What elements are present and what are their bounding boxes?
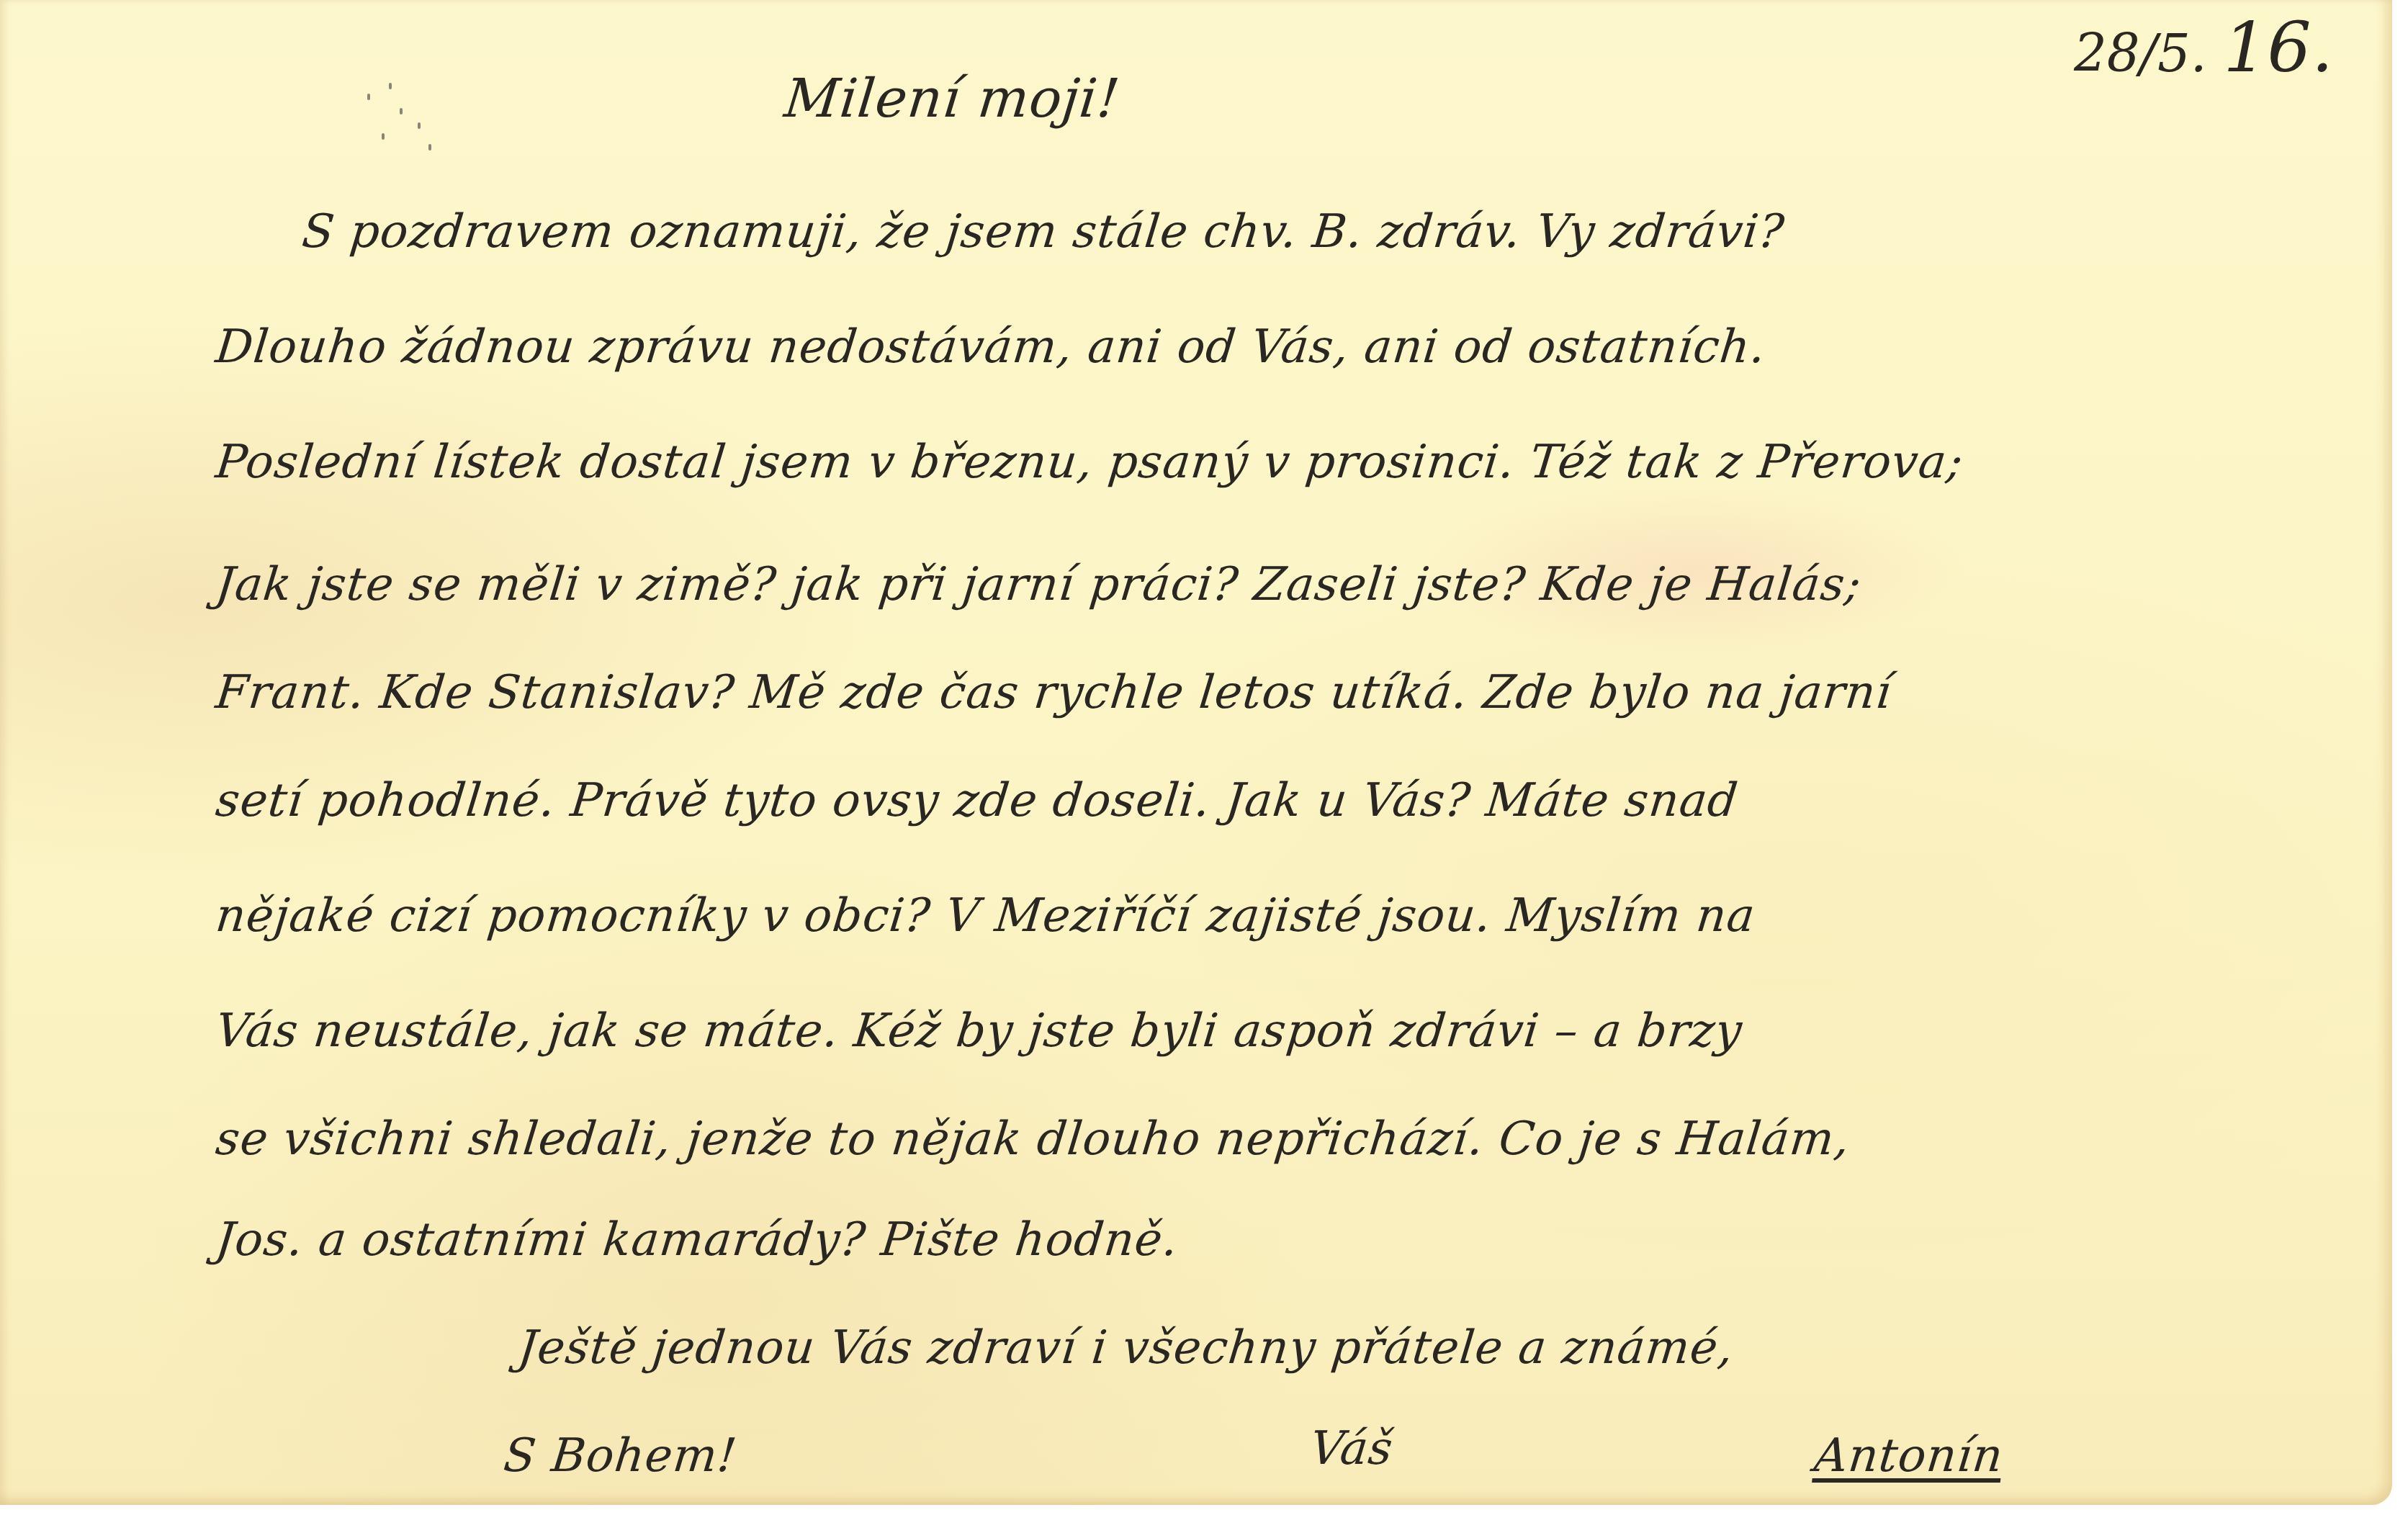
body-line-1: S pozdravem oznamuji, že jsem stále chv.… [300,209,1787,255]
body-line-5: Frant. Kde Stanislav? Mě zde čas rychle … [214,670,1894,716]
body-line-4: Jak jste se měli v zimě? jak při jarní p… [214,562,1864,608]
greeting: Milení moji! [782,72,1123,125]
date-year: 16. [2223,7,2333,88]
signature: Antonín [1812,1433,2005,1479]
body-line-8: Vás neustále, jak se máte. Kéž by jste b… [214,1008,1745,1054]
letter-date: 28/5. 16. [2074,7,2333,88]
body-line-3: Poslední lístek dostal jsem v březnu, ps… [214,439,1966,485]
body-line-10: Jos. a ostatními kamarády? Pište hodně. [214,1217,1181,1263]
closing-line: Ještě jednou Vás zdraví i všechny přátel… [516,1325,1736,1371]
farewell: S Bohem! [502,1433,740,1479]
body-line-9: se všichni shledali, jenže to nějak dlou… [214,1116,1852,1162]
postcard: 28/5. 16. Milení moji! S pozdravem oznam… [0,0,2392,1505]
date-day-month: 28/5. [2074,23,2207,84]
body-line-2: Dlouho žádnou zprávu nedostávám, ani od … [214,324,1769,370]
yours: Váš [1308,1426,1396,1472]
body-line-7: nějaké cizí pomocníky v obci? V Meziříčí… [214,893,1758,939]
postmark-traces [360,79,446,158]
body-line-6: setí pohodlné. Právě tyto ovsy zde dosel… [214,778,1740,824]
